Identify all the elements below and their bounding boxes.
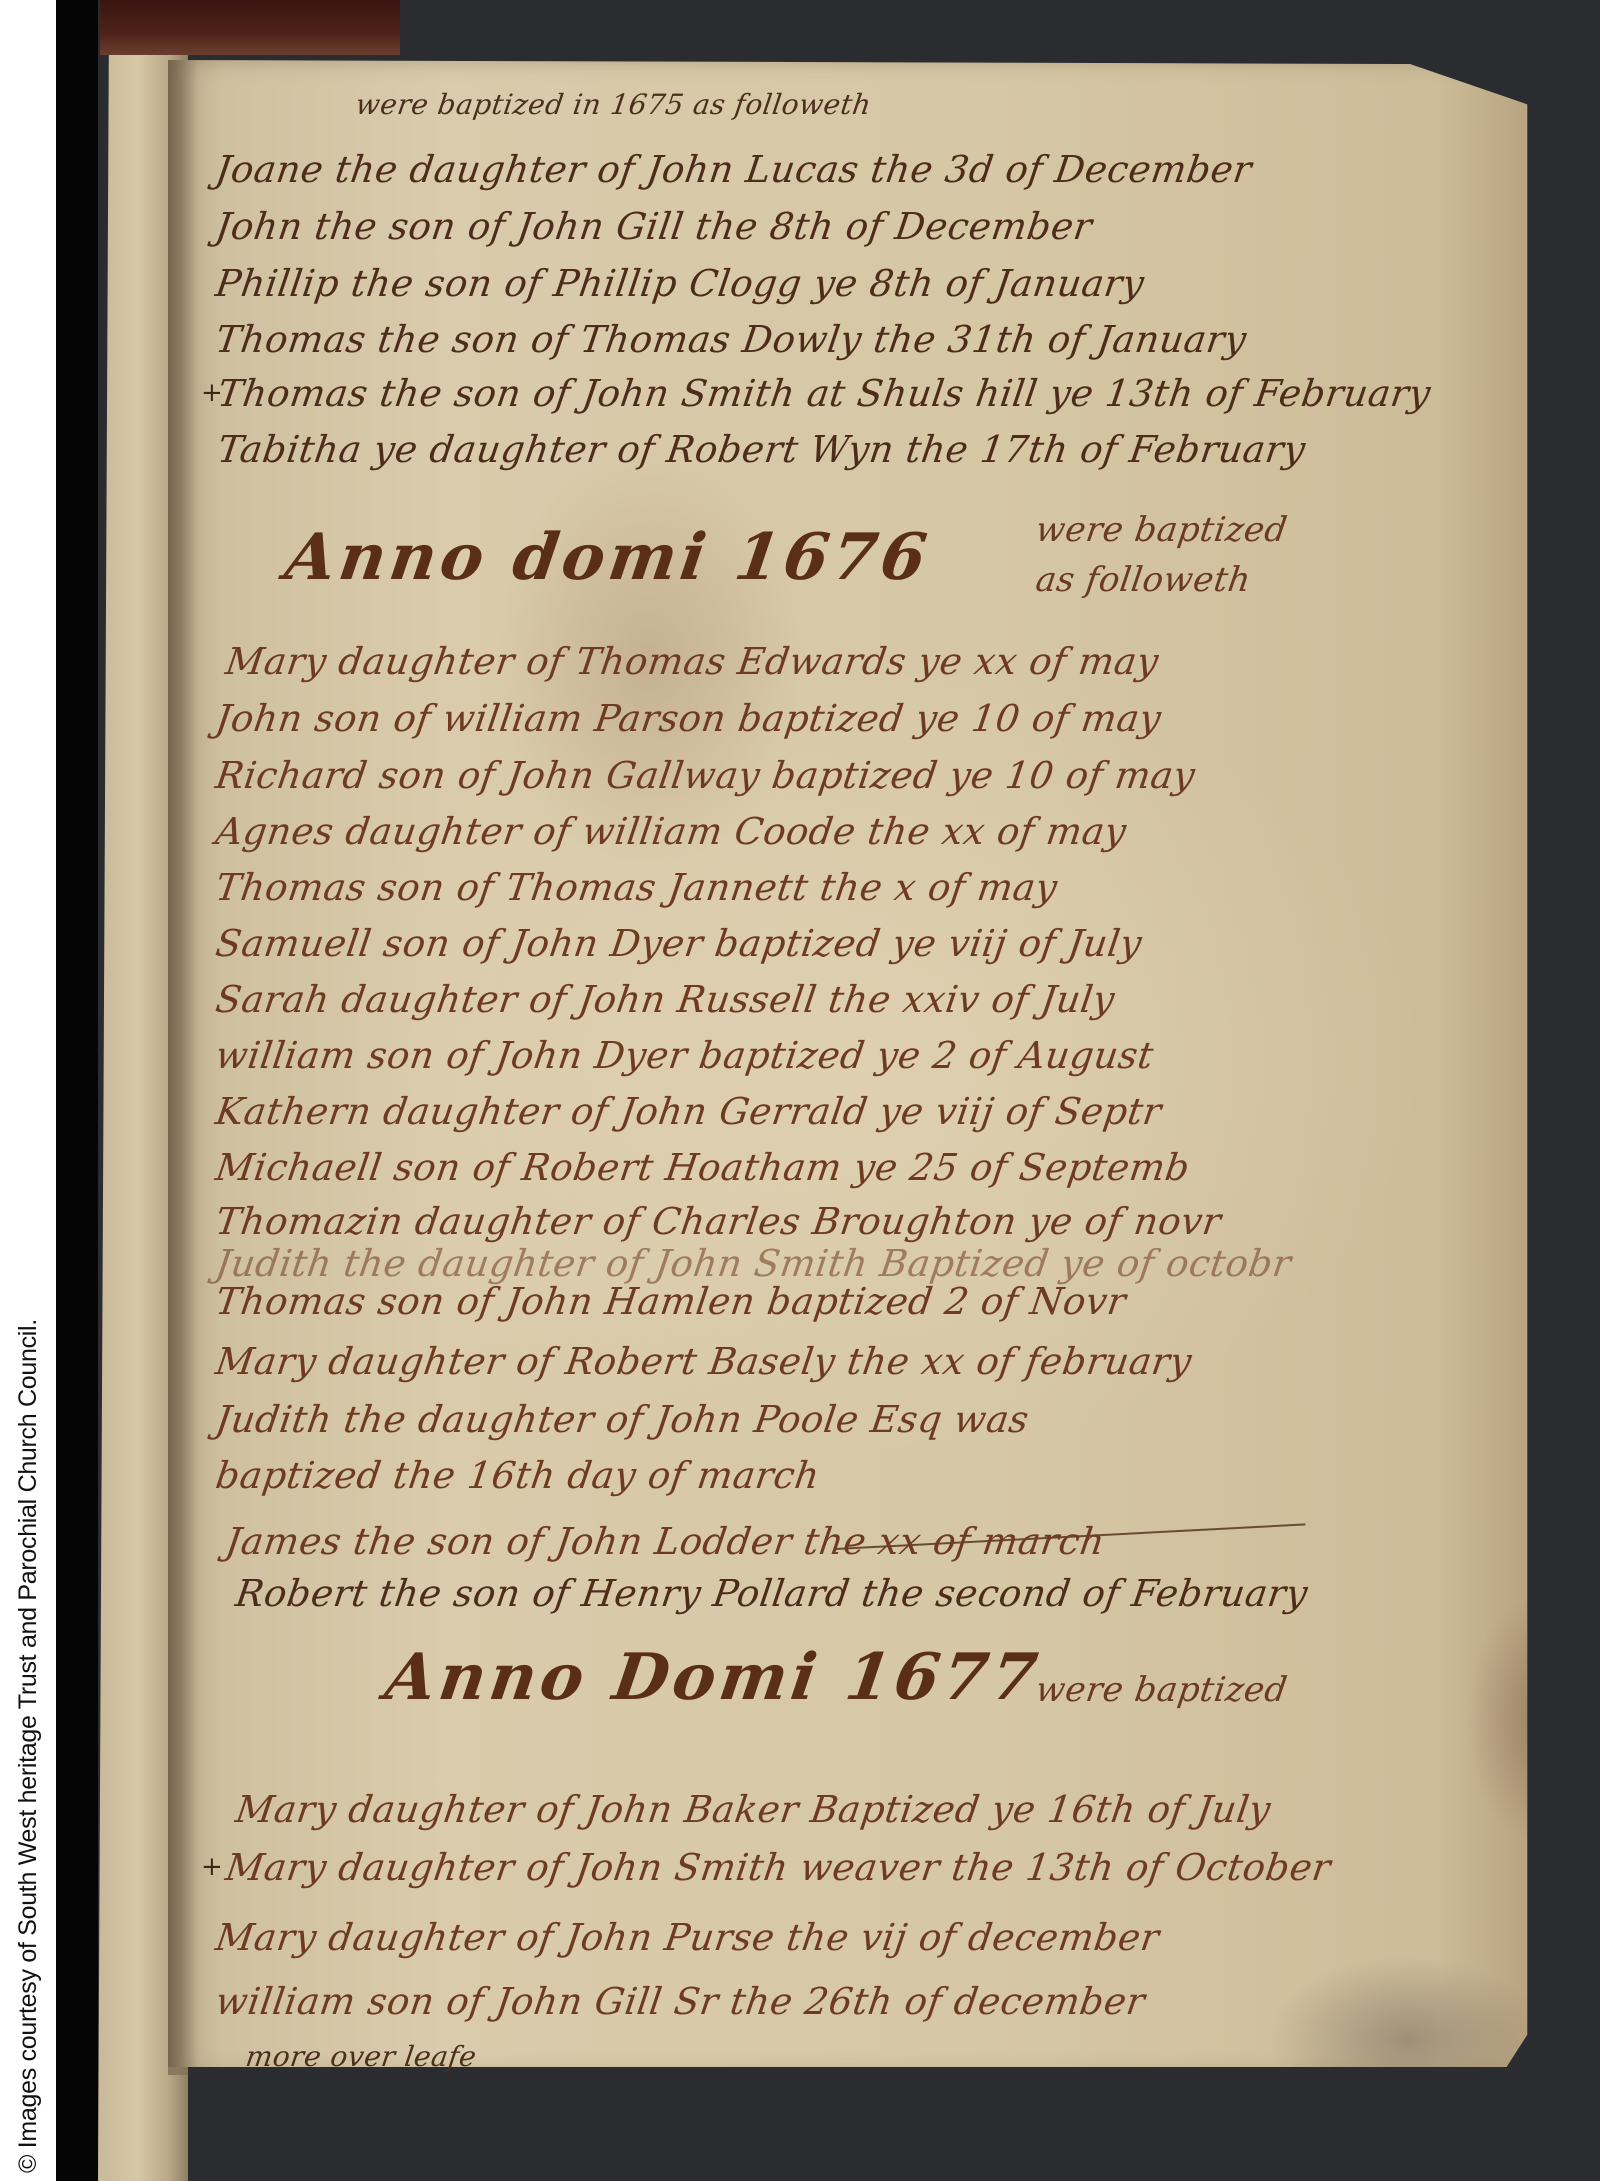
entry-1676-8: william son of John Dyer baptized ye 2 o…	[213, 1034, 1156, 1077]
entry-1676-6: Samuell son of John Dyer baptized ye vii…	[213, 922, 1145, 965]
entry-1675-2: John the son of John Gill the 8th of Dec…	[213, 205, 1095, 248]
entry-1676-2: John son of william Parson baptized ye 1…	[213, 697, 1164, 740]
entry-1677-3: Mary daughter of John Purse the vij of d…	[213, 1916, 1162, 1959]
manuscript-photo: were baptized in 1675 as followeth Joane…	[56, 0, 1600, 2181]
entry-1676-10: Michaell son of Robert Hoatham ye 25 of …	[213, 1146, 1193, 1189]
gutter-shadow	[168, 60, 198, 2075]
entry-1676-16: baptized the 16th day of march	[213, 1454, 822, 1497]
copyright-caption: © Images courtesy of South West heritage…	[14, 1319, 43, 2173]
entry-1676-1: Mary daughter of Thomas Edwards ye xx of…	[223, 640, 1161, 683]
section-1676-note-2: as followeth	[1033, 560, 1253, 600]
section-1676-heading: Anno domi 1676	[281, 520, 935, 595]
entry-1675-4: Thomas the son of Thomas Dowly the 31th …	[213, 318, 1249, 361]
over-leaf-note: more over leafe	[244, 2040, 479, 2073]
entry-1677-1: Mary daughter of John Baker Baptized ye …	[233, 1788, 1274, 1831]
book-binding	[100, 0, 400, 55]
entry-1677-4: william son of John Gill Sr the 26th of …	[213, 1980, 1148, 2023]
section-1675-intro: were baptized in 1675 as followeth	[354, 88, 874, 121]
entry-1676-9: Kathern daughter of John Gerrald ye viij…	[213, 1090, 1164, 1133]
entry-1676-4: Agnes daughter of william Coode the xx o…	[213, 810, 1129, 853]
entry-1676-7: Sarah daughter of John Russell the xxiv …	[213, 978, 1118, 1021]
entry-1676-5: Thomas son of Thomas Jannett the x of ma…	[213, 866, 1060, 909]
photo-border	[56, 0, 98, 2181]
entry-1676-11: Thomazin daughter of Charles Broughton y…	[213, 1200, 1224, 1243]
caption-strip: © Images courtesy of South West heritage…	[0, 0, 56, 2181]
section-1676-note-1: were baptized	[1033, 510, 1290, 550]
entry-1676-17: James the son of John Lodder the xx of m…	[223, 1520, 1108, 1563]
entry-1675-5: Thomas the son of John Smith at Shuls hi…	[215, 372, 1434, 415]
entry-1675-1: Joane the daughter of John Lucas the 3d …	[213, 148, 1255, 191]
section-1677-heading: Anno Domi 1677	[381, 1640, 1046, 1715]
entry-1676-14: Mary daughter of Robert Basely the xx of…	[213, 1340, 1195, 1383]
entry-1676-15: Judith the daughter of John Poole Esq wa…	[213, 1398, 1032, 1441]
entry-1675-3: Phillip the son of Phillip Clogg ye 8th …	[213, 262, 1147, 305]
entry-1676-3: Richard son of John Gallway baptized ye …	[213, 754, 1198, 797]
entry-1676-12: Judith the daughter of John Smith Baptiz…	[213, 1242, 1294, 1285]
section-1677-note: were baptized	[1033, 1670, 1290, 1710]
entry-1676-18: Robert the son of Henry Pollard the seco…	[233, 1572, 1311, 1615]
entry-1677-2: Mary daughter of John Smith weaver the 1…	[223, 1846, 1334, 1889]
entry-1675-6: Tabitha ye daughter of Robert Wyn the 17…	[215, 428, 1308, 471]
entry-1676-13: Thomas son of John Hamlen baptized 2 of …	[213, 1280, 1129, 1323]
cross-marker-icon: +	[201, 1852, 223, 1882]
